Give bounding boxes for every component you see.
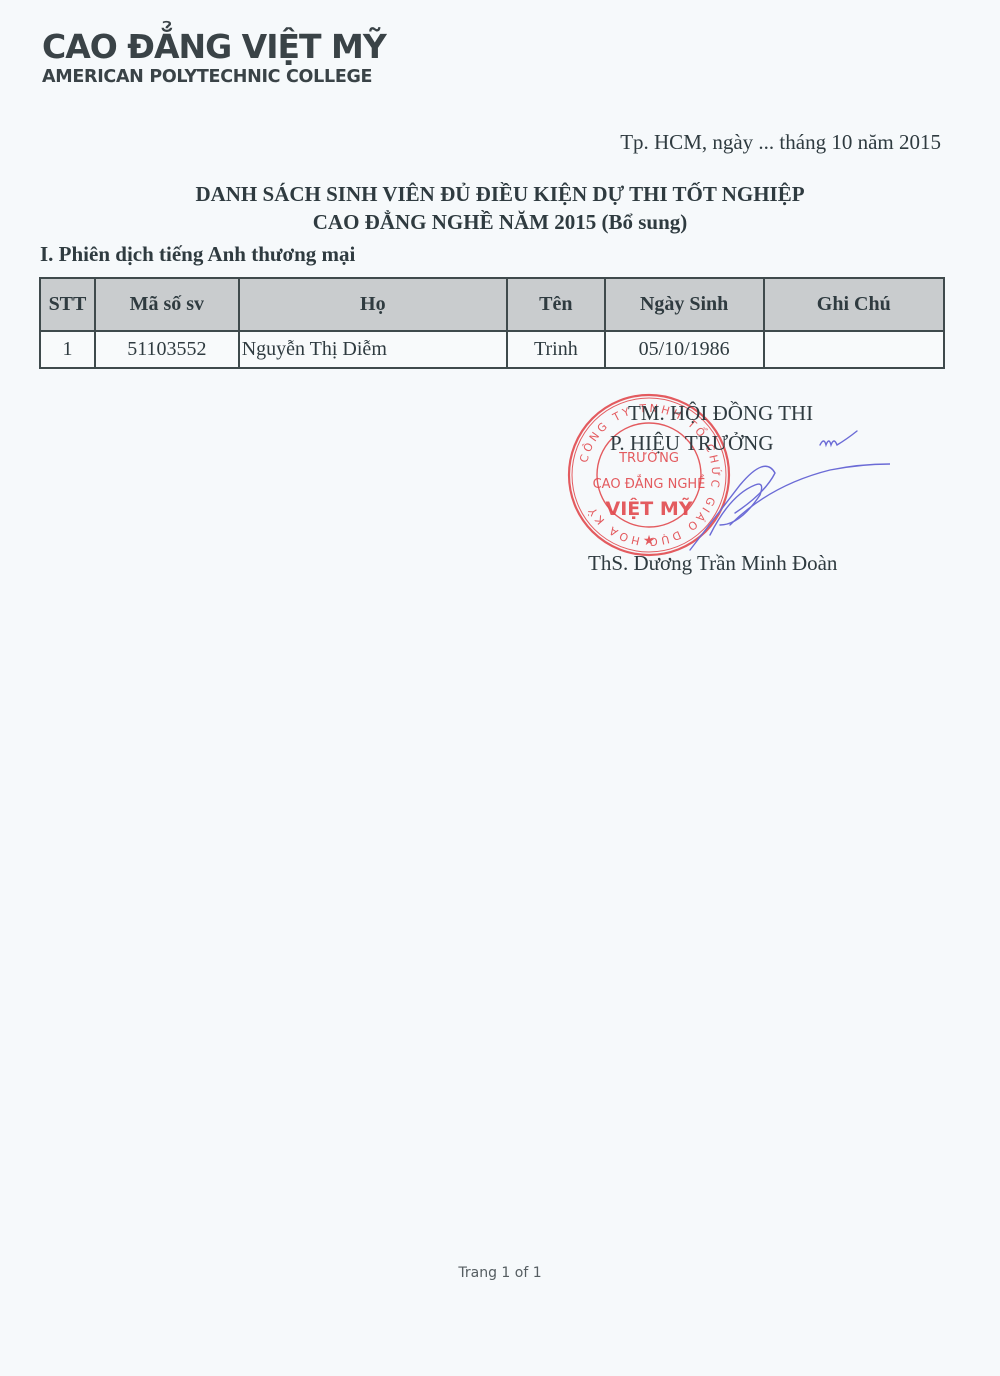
cell-notes	[764, 331, 945, 368]
section-heading: I. Phiên dịch tiếng Anh thương mại	[40, 242, 355, 267]
column-header-given-name: Tên	[507, 278, 605, 331]
cell-surname: Nguyễn Thị Diễm	[239, 331, 507, 368]
table-row: 1 51103552 Nguyễn Thị Diễm Trinh 05/10/1…	[40, 331, 944, 368]
cell-student-id: 51103552	[95, 331, 239, 368]
cell-given-name: Trinh	[507, 331, 605, 368]
column-header-student-id: Mã số sv	[95, 278, 239, 331]
logo-main-text: CAO ĐẲNG VIỆT MỸ	[42, 28, 386, 66]
table-header-row: STT Mã số sv Họ Tên Ngày Sinh Ghi Chú	[40, 278, 944, 331]
document-title-line-2: CAO ĐẲNG NGHỀ NĂM 2015 (Bổ sung)	[0, 208, 1000, 236]
column-header-surname: Họ	[239, 278, 507, 331]
college-logo: CAO ĐẲNG VIỆT MỸ AMERICAN POLYTECHNIC CO…	[42, 28, 386, 88]
cell-stt: 1	[40, 331, 95, 368]
page-number: Trang 1 of 1	[0, 1265, 1000, 1281]
column-header-stt: STT	[40, 278, 95, 331]
column-header-birth-date: Ngày Sinh	[605, 278, 764, 331]
student-table: STT Mã số sv Họ Tên Ngày Sinh Ghi Chú 1 …	[39, 277, 945, 369]
cell-birth-date: 05/10/1986	[605, 331, 764, 368]
document-title-line-1: DANH SÁCH SINH VIÊN ĐỦ ĐIỀU KIỆN DỰ THI …	[0, 180, 1000, 208]
dateline: Tp. HCM, ngày ... tháng 10 năm 2015	[620, 130, 941, 155]
column-header-notes: Ghi Chú	[764, 278, 945, 331]
svg-text:★: ★	[643, 534, 656, 549]
handwritten-signature-icon	[680, 415, 890, 555]
logo-sub-text: AMERICAN POLYTECHNIC COLLEGE	[42, 66, 386, 88]
